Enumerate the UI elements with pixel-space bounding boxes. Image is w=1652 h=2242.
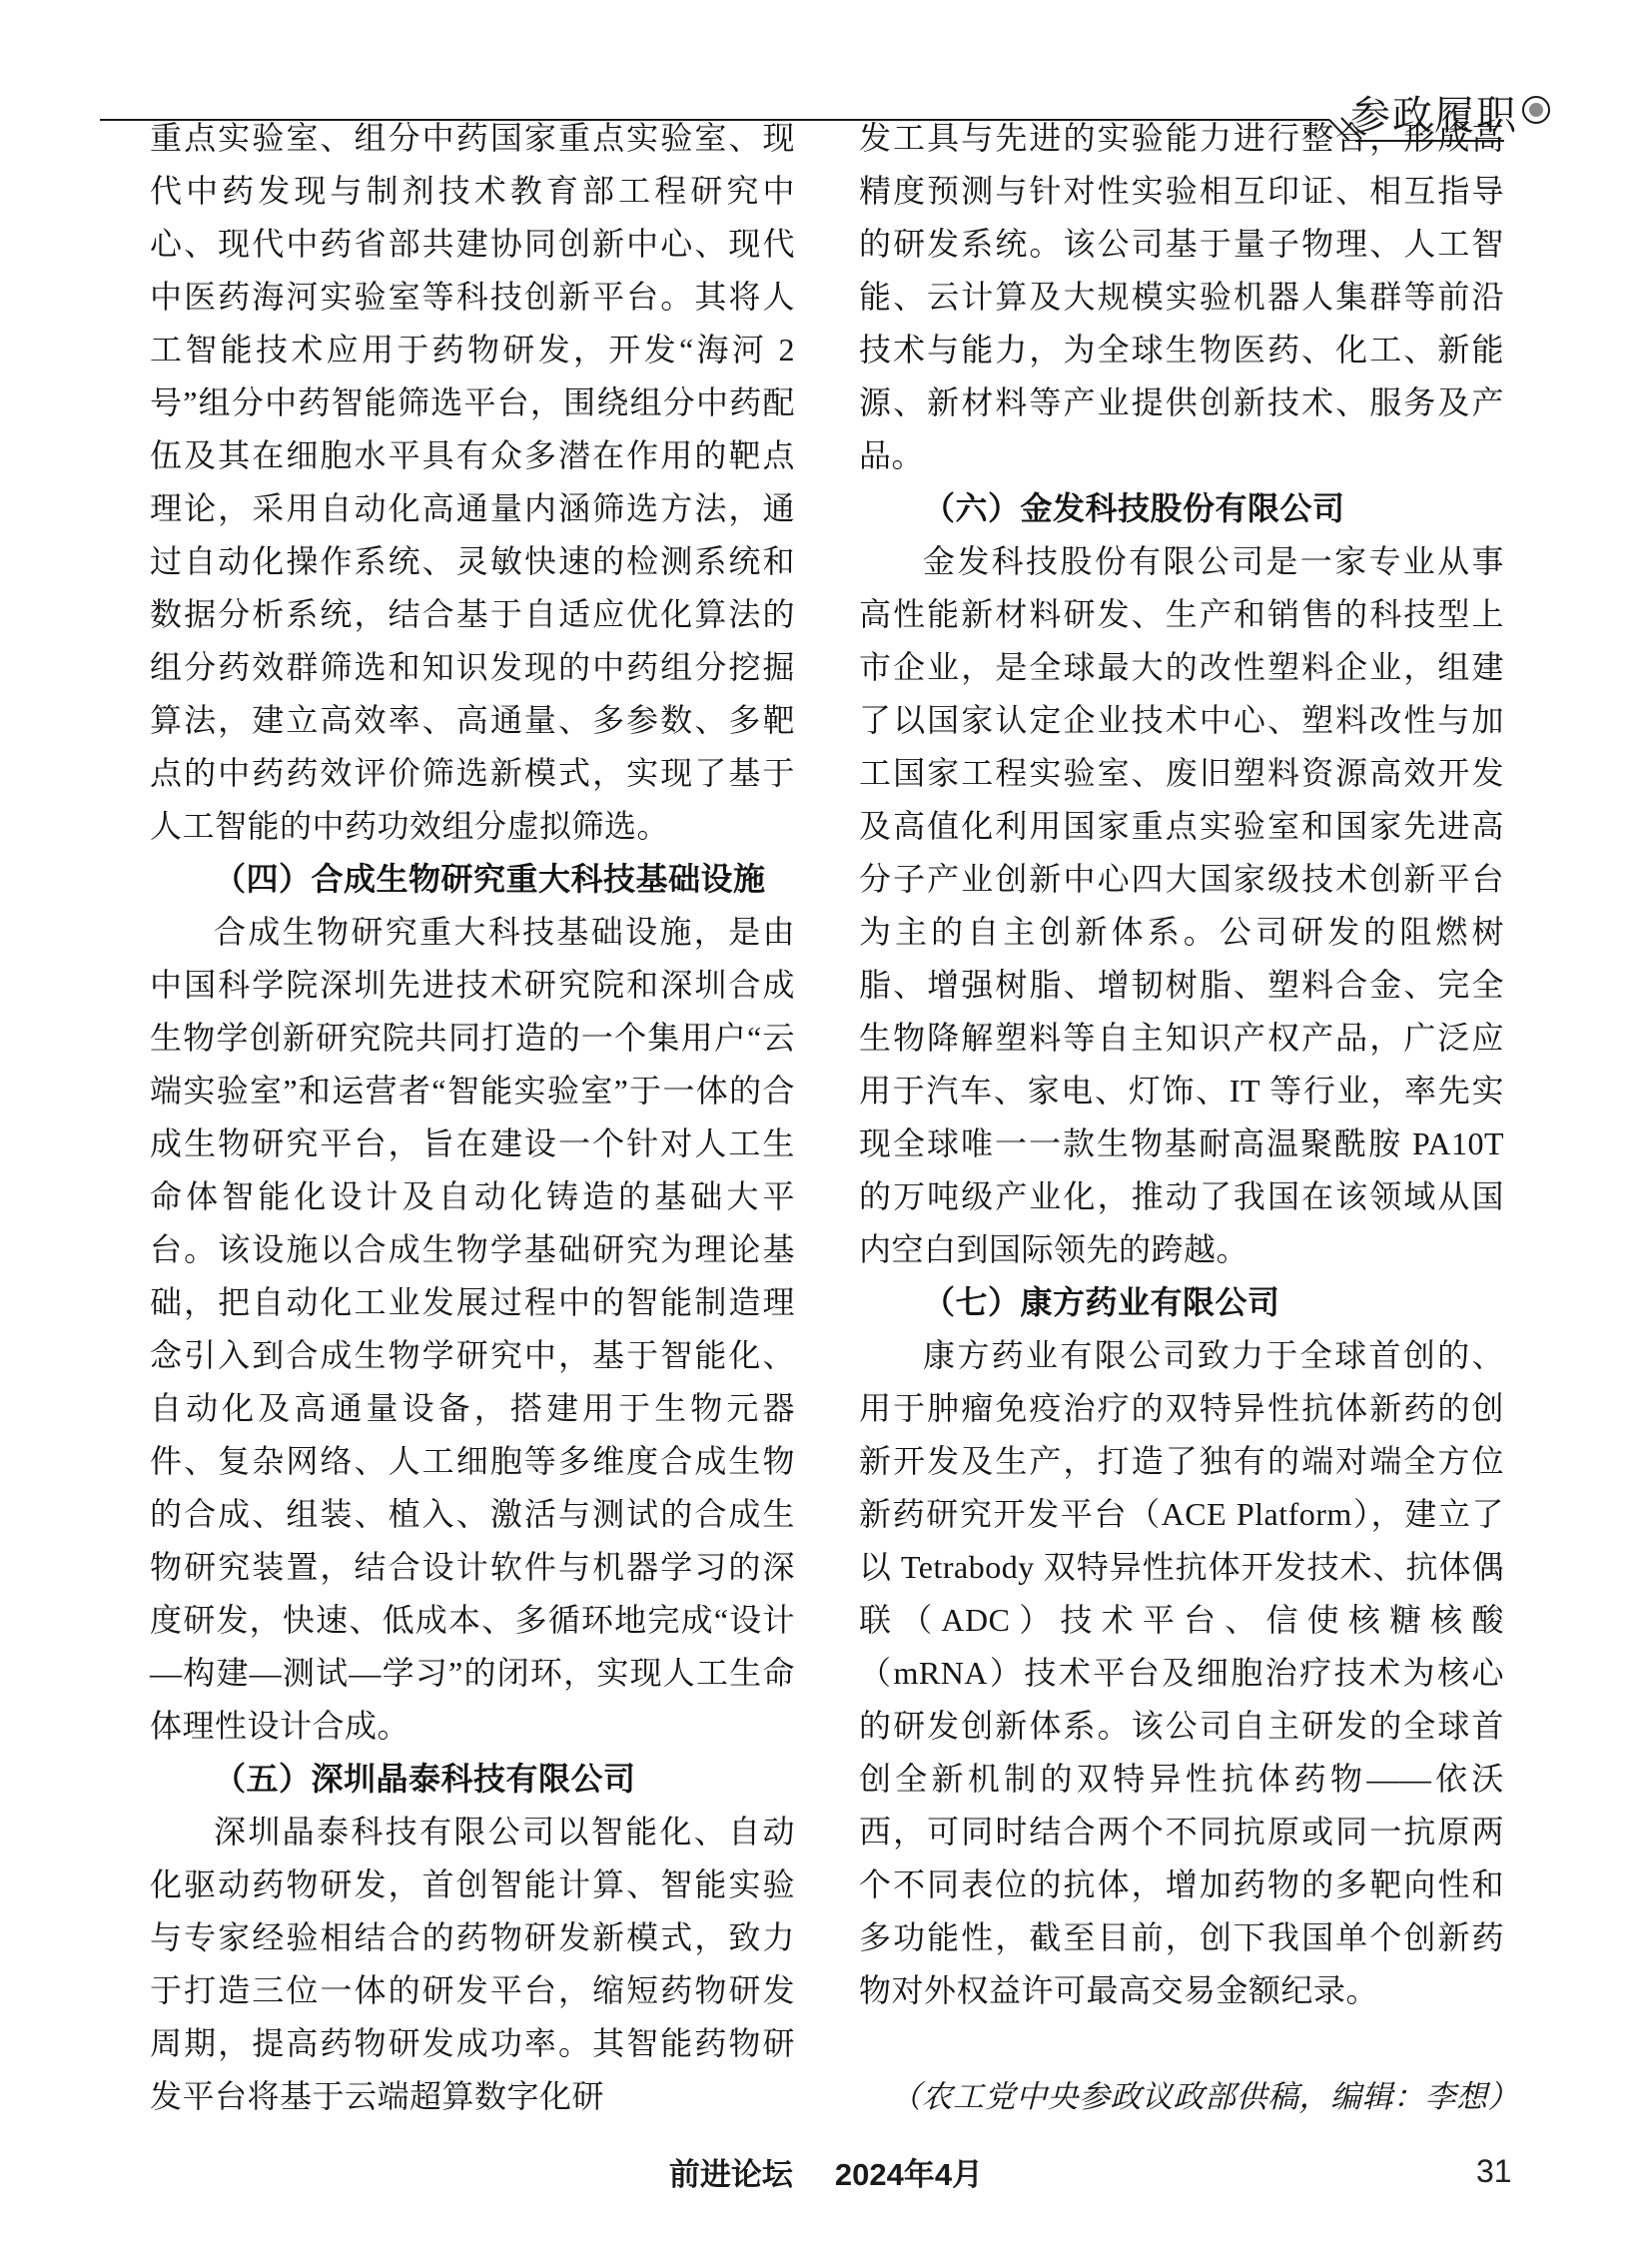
section-heading-6: （六）金发科技股份有限公司 [859, 482, 1504, 535]
left-column: 重点实验室、组分中药国家重点实验室、现代中药发现与制剂技术教育部工程研究中心、现… [150, 112, 795, 2123]
circle-dot-icon [1523, 97, 1549, 123]
journal-name: 前进论坛 [669, 2149, 793, 2194]
paragraph: 康方药业有限公司致力于全球首创的、用于肿瘤免疫治疗的双特异性抗体新药的创新开发及… [859, 1329, 1504, 2017]
right-column: 发工具与先进的实验能力进行整合，形成高精度预测与针对性实验相互印证、相互指导的研… [859, 112, 1504, 2123]
paragraph: 深圳晶泰科技有限公司以智能化、自动化驱动药物研发，首创智能计算、智能实验与专家经… [150, 1806, 795, 2123]
magazine-page: 参政履职 重点实验室、组分中药国家重点实验室、现代中药发现与制剂技术教育部工程研… [0, 0, 1652, 2242]
paragraph: 合成生物研究重大科技基础设施，是由中国科学院深圳先进技术研究院和深圳合成生物学创… [150, 906, 795, 1753]
contributor-credit-line: （农工党中央参政议政部供稿，编辑：李想） [859, 2070, 1504, 2123]
section-heading-5: （五）深圳晶泰科技有限公司 [150, 1753, 795, 1806]
paragraph: 重点实验室、组分中药国家重点实验室、现代中药发现与制剂技术教育部工程研究中心、现… [150, 112, 795, 853]
page-number: 31 [1476, 2153, 1512, 2190]
page-footer: 前进论坛 2024年4月 [0, 2149, 1652, 2194]
issue-date: 2024年4月 [835, 2149, 983, 2194]
section-heading-4: （四）合成生物研究重大科技基础设施 [150, 853, 795, 906]
paragraph: 金发科技股份有限公司是一家专业从事高性能新材料研发、生产和销售的科技型上市企业，… [859, 535, 1504, 1276]
paragraph: 发工具与先进的实验能力进行整合，形成高精度预测与针对性实验相互印证、相互指导的研… [859, 112, 1504, 482]
section-heading-7: （七）康方药业有限公司 [859, 1276, 1504, 1329]
